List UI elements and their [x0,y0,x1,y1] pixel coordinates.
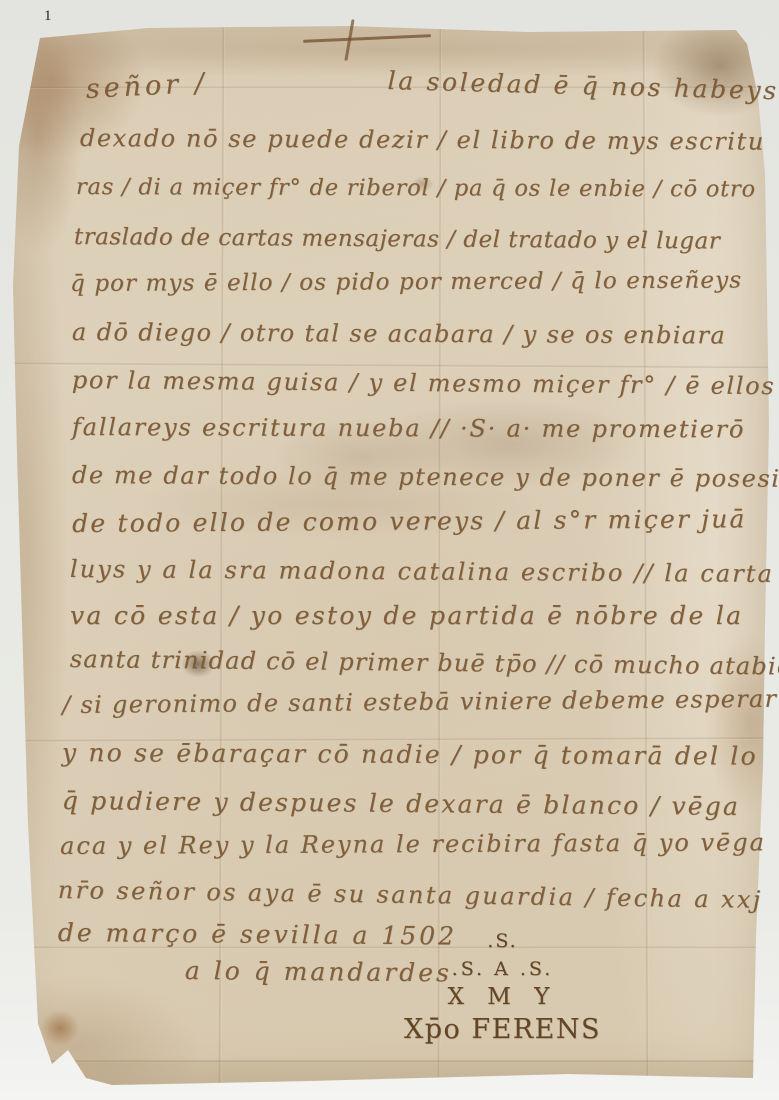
folio-number: 1 [44,8,52,25]
signature-line: Xp̄o FERENS [390,1012,615,1048]
signature-line: .S. [390,926,615,956]
signature-block: .S..S. A .S.X M YXp̄o FERENS [390,926,615,1048]
signature-area: .S..S. A .S.X M YXp̄o FERENS [0,0,779,1100]
photograph-of-manuscript: 1 señor /la soledad ē q̄ nos habeysdexad… [0,0,779,1100]
signature-line: X M Y [390,983,615,1012]
signature-line: .S. A .S. [390,956,615,983]
